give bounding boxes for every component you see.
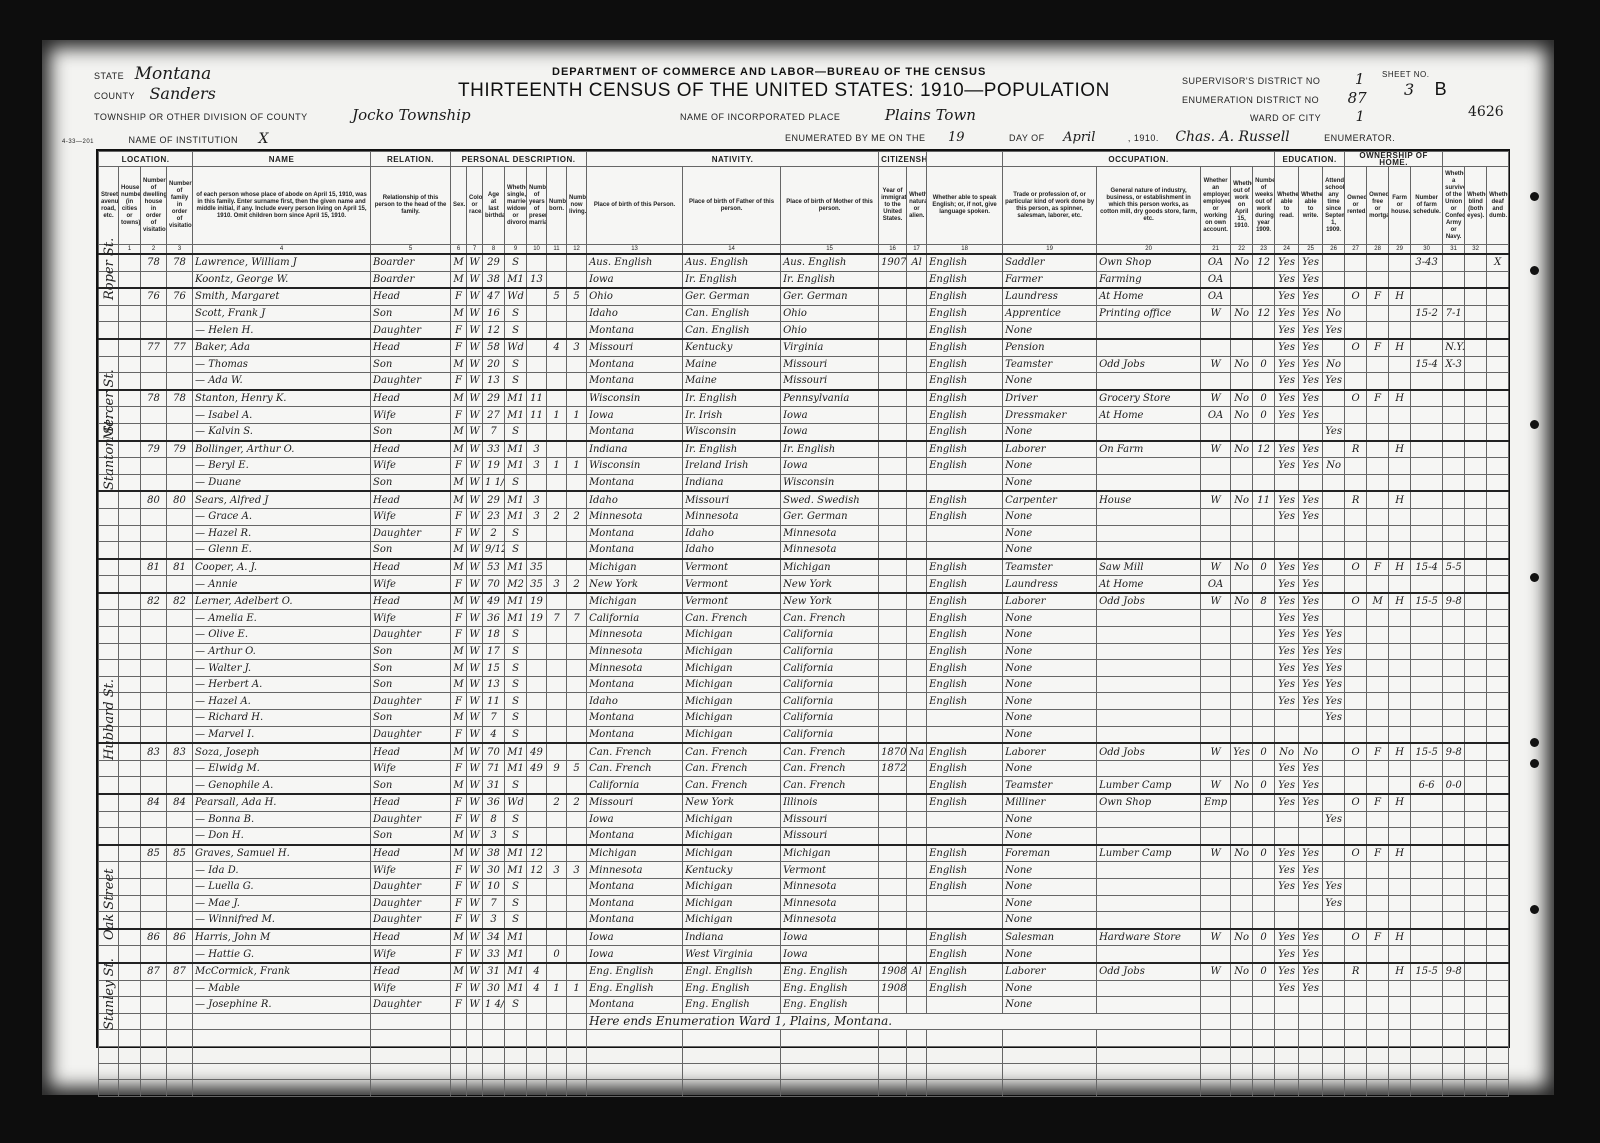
cell-fs	[1411, 980, 1443, 997]
cell-wr: Yes	[1299, 339, 1323, 356]
supervisor-value: 1	[1355, 70, 1365, 88]
supervisor-label: Supervisor's District No	[1182, 76, 1320, 86]
cell-blind	[1465, 777, 1487, 794]
cell-sex: F	[451, 508, 467, 525]
empty-cell	[1003, 1030, 1097, 1047]
empty-cell	[547, 1013, 567, 1030]
cell-free	[1367, 627, 1389, 644]
cell-fam	[167, 525, 193, 542]
empty-cell	[167, 1063, 193, 1080]
cell-fam	[167, 828, 193, 845]
cell-bp: Montana	[587, 373, 683, 390]
house-number-cell	[119, 576, 141, 593]
cell-age: 23	[483, 508, 505, 525]
cell-imm	[879, 322, 907, 339]
cell-dw	[141, 777, 167, 794]
cell-bf: Vermont	[683, 559, 781, 576]
cell-rel: Son	[371, 423, 451, 440]
cell-sex: F	[451, 525, 467, 542]
cell-living	[567, 726, 587, 743]
cell-wr: Yes	[1299, 271, 1323, 288]
cell-sch	[1323, 963, 1345, 980]
cell-lang	[927, 710, 1003, 727]
cell-trade: None	[1003, 322, 1097, 339]
state-value: Montana	[135, 64, 212, 84]
street-cell	[99, 794, 119, 811]
cell-mar: Wd	[505, 794, 527, 811]
cell-bp: Michigan	[587, 593, 683, 610]
empty-cell	[527, 1080, 547, 1097]
cell-own: O	[1345, 390, 1367, 407]
cell-vet	[1443, 491, 1465, 508]
cell-wr: Yes	[1299, 288, 1323, 305]
cell-fs	[1411, 474, 1443, 491]
cell-vet	[1443, 407, 1465, 424]
cell-color: W	[467, 474, 483, 491]
cell-own	[1345, 811, 1367, 828]
cell-own: R	[1345, 963, 1367, 980]
cell-dw	[141, 525, 167, 542]
cell-bm: Ger. German	[781, 508, 879, 525]
cell-rel: Son	[371, 676, 451, 693]
col-street: Street, avenue, road, etc.	[99, 167, 119, 245]
cell-fs	[1411, 390, 1443, 407]
cell-wr: Yes	[1299, 390, 1323, 407]
cell-fam	[167, 305, 193, 322]
cell-bm: New York	[781, 593, 879, 610]
house-number-cell	[119, 254, 141, 271]
cell-ind: Own Shop	[1097, 794, 1201, 811]
cell-born	[547, 676, 567, 693]
empty-cell	[1389, 1080, 1411, 1097]
cell-blind	[1465, 373, 1487, 390]
cell-rel: Boarder	[371, 254, 451, 271]
cell-lang: English	[927, 946, 1003, 963]
cell-name: Sears, Alfred J	[193, 491, 371, 508]
cell-ow: No	[1231, 254, 1253, 271]
cell-own	[1345, 305, 1367, 322]
cell-trade: Laborer	[1003, 593, 1097, 610]
cell-ind	[1097, 676, 1201, 693]
empty-cell	[1253, 1046, 1275, 1063]
cell-bf: Michigan	[683, 895, 781, 912]
table-row: 8686Harris, John MHeadMW34M1IowaIndianaI…	[99, 929, 1509, 946]
column-number: 23	[1253, 245, 1275, 255]
cell-ym	[527, 423, 547, 440]
cell-free: F	[1367, 743, 1389, 760]
cell-bp: Minnesota	[587, 508, 683, 525]
cell-farm: H	[1389, 963, 1411, 980]
cell-fs	[1411, 525, 1443, 542]
cell-blind	[1465, 441, 1487, 458]
place-field: Name of incorporated place Plains Town	[680, 106, 976, 125]
cell-mar: S	[505, 997, 527, 1014]
col-birth-father: Place of birth of Father of this person.	[683, 167, 781, 245]
cell-mar: S	[505, 693, 527, 710]
house-number-cell	[119, 441, 141, 458]
cell-nat	[907, 559, 927, 576]
empty-cell	[451, 1063, 467, 1080]
table-row: — Herbert A.SonMW13SMontanaMichiganCalif…	[99, 676, 1509, 693]
house-number-cell	[119, 743, 141, 760]
empty-cell	[1299, 1013, 1323, 1030]
cell-sch	[1323, 271, 1345, 288]
cell-ind	[1097, 997, 1201, 1014]
empty-cell	[193, 1030, 371, 1047]
cell-sex: F	[451, 407, 467, 424]
cell-name: — Isabel A.	[193, 407, 371, 424]
cell-farm	[1389, 627, 1411, 644]
cell-rd	[1275, 525, 1299, 542]
cell-dw	[141, 895, 167, 912]
empty-cell	[1465, 1063, 1487, 1080]
cell-nat	[907, 542, 927, 559]
street-cell	[99, 339, 119, 356]
cell-born	[547, 322, 567, 339]
cell-rd: Yes	[1275, 929, 1299, 946]
cell-imm	[879, 542, 907, 559]
cell-dw	[141, 271, 167, 288]
cell-free	[1367, 356, 1389, 373]
cell-sex: M	[451, 559, 467, 576]
empty-cell	[587, 1046, 683, 1063]
cell-fam	[167, 895, 193, 912]
empty-cell	[1231, 1013, 1253, 1030]
cell-bp: Montana	[587, 912, 683, 929]
table-row: — Helen H.DaughterFW12SMontanaCan. Engli…	[99, 322, 1509, 339]
cell-color: W	[467, 828, 483, 845]
cell-color: W	[467, 390, 483, 407]
cell-free	[1367, 491, 1389, 508]
cell-living	[567, 474, 587, 491]
cell-bm: Vermont	[781, 862, 879, 879]
cell-nat	[907, 895, 927, 912]
cell-living	[567, 356, 587, 373]
cell-free	[1367, 726, 1389, 743]
cell-blind	[1465, 726, 1487, 743]
cell-living	[567, 373, 587, 390]
cell-living	[567, 271, 587, 288]
cell-sch: Yes	[1323, 895, 1345, 912]
empty-cell	[1097, 1046, 1201, 1063]
cell-rd: Yes	[1275, 693, 1299, 710]
cell-sch	[1323, 542, 1345, 559]
cell-own: O	[1345, 929, 1367, 946]
institution-value: X	[258, 131, 268, 147]
cell-blind	[1465, 878, 1487, 895]
cell-free	[1367, 407, 1389, 424]
cell-fam: 77	[167, 339, 193, 356]
col-farm-schedule: Number of farm schedule.	[1411, 167, 1443, 245]
cell-imm	[879, 423, 907, 440]
cell-wr: Yes	[1299, 878, 1323, 895]
cell-vet	[1443, 676, 1465, 693]
cell-farm	[1389, 423, 1411, 440]
cell-emp: W	[1201, 559, 1231, 576]
cell-wk	[1253, 458, 1275, 475]
cell-lang: English	[927, 322, 1003, 339]
cell-emp	[1201, 811, 1231, 828]
table-row: — Glenn E.SonMW9/12SMontanaIdahoMinnesot…	[99, 542, 1509, 559]
cell-ind	[1097, 474, 1201, 491]
column-number: 8	[483, 245, 505, 255]
cell-own: O	[1345, 794, 1367, 811]
cell-born	[547, 963, 567, 980]
cell-wk	[1253, 726, 1275, 743]
cell-ow	[1231, 373, 1253, 390]
street-name: Stanton St.	[102, 416, 117, 490]
cell-color: W	[467, 929, 483, 946]
cell-nat	[907, 356, 927, 373]
cell-wk	[1253, 322, 1275, 339]
table-row: — AnnieWifeFW70M23532New YorkVermontNew …	[99, 576, 1509, 593]
street-cell	[99, 576, 119, 593]
empty-cell	[167, 1030, 193, 1047]
cell-rel: Head	[371, 390, 451, 407]
cell-free	[1367, 458, 1389, 475]
table-row: — Hazel R.DaughterFW2SMontanaIdahoMinnes…	[99, 525, 1509, 542]
cell-fs	[1411, 660, 1443, 677]
cell-wr: Yes	[1299, 963, 1323, 980]
table-row: — DuaneSonMW1 1/12SMontanaIndianaWiscons…	[99, 474, 1509, 491]
cell-born	[547, 542, 567, 559]
cell-sch	[1323, 845, 1345, 862]
cell-rd: Yes	[1275, 862, 1299, 879]
cell-born	[547, 726, 567, 743]
cell-fam	[167, 980, 193, 997]
table-row: 7777Baker, AdaHeadFW58Wd43MissouriKentuc…	[99, 339, 1509, 356]
cell-wr: Yes	[1299, 356, 1323, 373]
cell-rel: Son	[371, 660, 451, 677]
cell-sex: F	[451, 862, 467, 879]
cell-wk	[1253, 828, 1275, 845]
cell-rel: Son	[371, 356, 451, 373]
cell-wr: Yes	[1299, 660, 1323, 677]
cell-bm: Michigan	[781, 559, 879, 576]
cell-wk	[1253, 508, 1275, 525]
cell-fam: 78	[167, 390, 193, 407]
cell-ind: Lumber Camp	[1097, 845, 1201, 862]
cell-age: 70	[483, 743, 505, 760]
group-misc	[1443, 152, 1509, 167]
cell-mar: M2	[505, 576, 527, 593]
cell-blind	[1465, 491, 1487, 508]
cell-blind	[1465, 946, 1487, 963]
place-label: Name of incorporated place	[680, 112, 840, 122]
cell-rd	[1275, 895, 1299, 912]
street-cell	[99, 491, 119, 508]
cell-born	[547, 525, 567, 542]
cell-color: W	[467, 559, 483, 576]
empty-cell	[505, 1080, 527, 1097]
cell-free	[1367, 862, 1389, 879]
cell-name: — Luella G.	[193, 878, 371, 895]
cell-born	[547, 643, 567, 660]
cell-name: — Josephine R.	[193, 997, 371, 1014]
cell-rd	[1275, 828, 1299, 845]
cell-blind	[1465, 356, 1487, 373]
cell-own	[1345, 895, 1367, 912]
house-number-cell	[119, 508, 141, 525]
cell-own	[1345, 912, 1367, 929]
cell-farm	[1389, 946, 1411, 963]
cell-fam	[167, 997, 193, 1014]
cell-color: W	[467, 593, 483, 610]
column-number: 19	[1003, 245, 1097, 255]
cell-fam	[167, 373, 193, 390]
cell-living: 3	[567, 339, 587, 356]
cell-dw	[141, 878, 167, 895]
table-row: 7676Smith, MargaretHeadFW47Wd55OhioGer. …	[99, 288, 1509, 305]
group-nativity: NATIVITY.	[587, 152, 879, 167]
cell-mar: M1	[505, 760, 527, 777]
empty-cell	[1323, 1080, 1345, 1097]
cell-bf: Vermont	[683, 593, 781, 610]
house-number-cell	[119, 643, 141, 660]
cell-name: — Winnifred M.	[193, 912, 371, 929]
cell-fam: 81	[167, 559, 193, 576]
table-row: — Josephine R.DaughterFW1 4/12SMontanaEn…	[99, 997, 1509, 1014]
cell-vet	[1443, 322, 1465, 339]
col-employer: Whether an employer, employee, or workin…	[1201, 167, 1231, 245]
empty-cell	[119, 1013, 141, 1030]
empty-cell	[451, 1013, 467, 1030]
cell-wk	[1253, 339, 1275, 356]
cell-rel: Head	[371, 491, 451, 508]
empty-cell	[1465, 1046, 1487, 1063]
cell-bp: Can. French	[587, 760, 683, 777]
cell-living	[567, 423, 587, 440]
cell-farm: H	[1389, 593, 1411, 610]
cell-rel: Head	[371, 441, 451, 458]
cell-fs	[1411, 794, 1443, 811]
cell-mar: S	[505, 828, 527, 845]
column-number: 11	[547, 245, 567, 255]
cell-living	[567, 441, 587, 458]
cell-vet	[1443, 576, 1465, 593]
column-number: 27	[1345, 245, 1367, 255]
table-row: — Genophile A.SonMW31SCaliforniaCan. Fre…	[99, 777, 1509, 794]
table-row: — Hazel A.DaughterFW11SIdahoMichiganCali…	[99, 693, 1509, 710]
cell-free	[1367, 777, 1389, 794]
cell-vet: 0-0	[1443, 777, 1465, 794]
cell-bf: Vermont	[683, 576, 781, 593]
cell-free	[1367, 271, 1389, 288]
cell-nat	[907, 576, 927, 593]
table-row: 7979Bollinger, Arthur O.HeadMW33M13India…	[99, 441, 1509, 458]
col-language: Whether able to speak English; or, if no…	[927, 167, 1003, 245]
cell-bm: Swed. Swedish	[781, 491, 879, 508]
cell-ym	[527, 660, 547, 677]
cell-nat	[907, 828, 927, 845]
col-house: House number (in cities or towns).	[119, 167, 141, 245]
cell-name: — Don H.	[193, 828, 371, 845]
cell-sex: M	[451, 474, 467, 491]
cell-vet	[1443, 794, 1465, 811]
empty-cell	[141, 1013, 167, 1030]
cell-fs	[1411, 643, 1443, 660]
column-number: 31	[1443, 245, 1465, 255]
cell-name: Stanton, Henry K.	[193, 390, 371, 407]
cell-wr: Yes	[1299, 929, 1323, 946]
cell-ym	[527, 373, 547, 390]
cell-lang: English	[927, 794, 1003, 811]
cell-bm: Iowa	[781, 423, 879, 440]
empty-cell	[1231, 1063, 1253, 1080]
cell-color: W	[467, 777, 483, 794]
cell-fs	[1411, 288, 1443, 305]
cell-lang: English	[927, 676, 1003, 693]
empty-cell	[505, 1030, 527, 1047]
cell-ind	[1097, 980, 1201, 997]
cell-dw	[141, 508, 167, 525]
col-farm: Farm or house.	[1389, 167, 1411, 245]
cell-born	[547, 912, 567, 929]
cell-nat	[907, 271, 927, 288]
cell-rd: Yes	[1275, 441, 1299, 458]
cell-vet: 9-8	[1443, 743, 1465, 760]
cell-trade: Dressmaker	[1003, 407, 1097, 424]
house-number-cell	[119, 627, 141, 644]
cell-ow	[1231, 576, 1253, 593]
cell-own: O	[1345, 743, 1367, 760]
cell-bf: Ir. English	[683, 271, 781, 288]
table-row: — Ada W.DaughterFW13SMontanaMaineMissour…	[99, 373, 1509, 390]
street-cell	[99, 660, 119, 677]
cell-born	[547, 423, 567, 440]
cell-sch	[1323, 407, 1345, 424]
cell-wk	[1253, 423, 1275, 440]
cell-fs	[1411, 726, 1443, 743]
cell-bm: Eng. English	[781, 980, 879, 997]
cell-wk: 0	[1253, 845, 1275, 862]
cell-ow	[1231, 525, 1253, 542]
cell-ind: Odd Jobs	[1097, 963, 1201, 980]
cell-wr: Yes	[1299, 441, 1323, 458]
cell-ind: Odd Jobs	[1097, 593, 1201, 610]
column-number: 18	[927, 245, 1003, 255]
cell-farm: H	[1389, 441, 1411, 458]
ward-field: Ward of city 1	[1250, 108, 1365, 126]
cell-emp	[1201, 946, 1231, 963]
cell-born: 9	[547, 760, 567, 777]
cell-free	[1367, 610, 1389, 627]
house-number-cell	[119, 963, 141, 980]
cell-ym	[527, 811, 547, 828]
cell-sex: F	[451, 811, 467, 828]
empty-cell	[1275, 1080, 1299, 1097]
empty-cell	[483, 1030, 505, 1047]
empty-cell	[1275, 1046, 1299, 1063]
cell-farm	[1389, 322, 1411, 339]
cell-nat	[907, 407, 927, 424]
cell-fam	[167, 710, 193, 727]
cell-rel: Daughter	[371, 627, 451, 644]
col-born: Number born.	[547, 167, 567, 245]
cell-ow	[1231, 339, 1253, 356]
cell-bp: Idaho	[587, 305, 683, 322]
cell-sex: M	[451, 441, 467, 458]
cell-ym	[527, 794, 547, 811]
cell-free	[1367, 693, 1389, 710]
place-value: Plains Town	[885, 106, 976, 124]
cell-fam	[167, 627, 193, 644]
cell-trade: None	[1003, 980, 1097, 997]
empty-cell	[99, 1030, 119, 1047]
cell-ind: Printing office	[1097, 305, 1201, 322]
cell-trade: None	[1003, 610, 1097, 627]
cell-wk	[1253, 794, 1275, 811]
